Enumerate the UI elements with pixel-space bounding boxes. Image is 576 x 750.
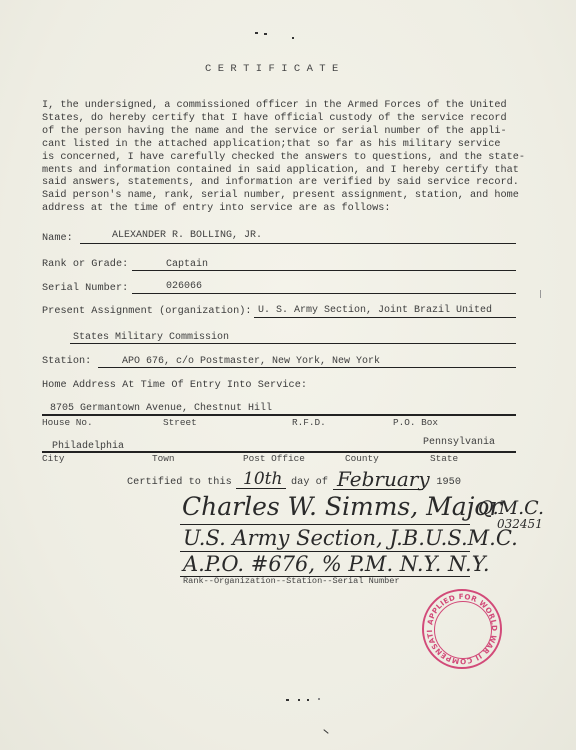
stray-mark (292, 37, 294, 39)
document-title: CERTIFICATE (205, 63, 345, 75)
certification-paragraph: I, the undersigned, a commissioned offic… (42, 100, 542, 216)
stamp-text: APPLIED FOR WORLD WAR II COMPENSATION (422, 589, 499, 666)
stray-mark (298, 699, 300, 701)
stamp-text-icon: APPLIED FOR WORLD WAR II COMPENSATION (422, 589, 502, 669)
signature-caption: Rank--Organization--Station--Serial Numb… (183, 576, 400, 586)
caption-rfd: R.F.D. (292, 417, 326, 428)
caption-house-no: House No. (42, 417, 93, 428)
rank-label: Rank or Grade: (42, 259, 128, 270)
stray-mark (255, 32, 258, 34)
street-address-value: 8705 Germantown Avenue, Chestnut Hill (50, 403, 272, 414)
serial-label: Serial Number: (42, 283, 128, 294)
assignment-value: U. S. Army Section, Joint Brazil United (258, 305, 492, 316)
home-address-label: Home Address At Time Of Entry Into Servi… (42, 380, 307, 391)
paragraph-line: address at the time of entry into servic… (42, 203, 390, 214)
month-underline (333, 489, 423, 490)
certified-month: February (337, 467, 430, 491)
assignment-value-continued: States Military Commission (73, 332, 229, 343)
serial-value: 026066 (166, 281, 202, 292)
signature-name: Charles W. Simms, Major (182, 492, 501, 521)
certified-day-of: day of (291, 477, 328, 488)
address-line1-underline (42, 414, 516, 416)
paragraph-line: said answers, statements, and informatio… (42, 177, 519, 188)
certificate-page: CERTIFICATE I, the undersigned, a commis… (0, 0, 576, 750)
signature-line1-underline (180, 524, 470, 525)
caption-po-box: P.O. Box (393, 417, 438, 428)
stray-mark (264, 33, 267, 35)
stray-mark (318, 698, 320, 700)
paragraph-line: ments and information contained in said … (42, 165, 519, 176)
rank-underline (132, 270, 516, 271)
stray-mark (307, 699, 309, 701)
caption-town: Town (152, 453, 175, 464)
certified-prefix: Certified to this (127, 477, 232, 488)
rank-value: Captain (166, 259, 208, 270)
station-value: APO 676, c/o Postmaster, New York, New Y… (122, 356, 380, 367)
signature-station: A.P.O. #676, % P.M. N.Y. N.Y. (183, 552, 490, 576)
stray-mark (286, 699, 289, 701)
certified-day: 10th (243, 469, 282, 489)
assignment-label: Present Assignment (organization): (42, 306, 252, 317)
station-underline (98, 367, 516, 368)
station-label: Station: (42, 356, 91, 367)
paragraph-line: I, the undersigned, a commissioned offic… (42, 100, 507, 111)
day-underline (236, 488, 286, 489)
paragraph-line: is concerned, I have carefully checked t… (42, 152, 525, 163)
assignment-continued-underline (70, 343, 516, 344)
paragraph-line: States, do hereby certify that I have of… (42, 113, 507, 124)
name-value: ALEXANDER R. BOLLING, JR. (112, 230, 262, 241)
caption-city: City (42, 453, 65, 464)
signature-branch: Q.M.C. (478, 497, 544, 519)
assignment-underline (254, 317, 516, 318)
caption-post-office: Post Office (243, 453, 305, 464)
name-underline (80, 243, 516, 244)
serial-underline (132, 293, 516, 294)
compensation-stamp: APPLIED FOR WORLD WAR II COMPENSATION (422, 589, 502, 669)
certified-year: , 1950 (424, 477, 461, 488)
name-label: Name: (42, 233, 73, 244)
stray-mark (323, 729, 328, 734)
state-value: Pennsylvania (423, 437, 495, 448)
paragraph-line: Said person's name, rank, serial number,… (42, 190, 519, 201)
caption-county: County (345, 453, 379, 464)
svg-text:APPLIED FOR WORLD WAR II COMPE: APPLIED FOR WORLD WAR II COMPENSATION (422, 589, 499, 666)
paragraph-line: cant listed in the attached application;… (42, 139, 501, 150)
caption-street: Street (163, 417, 197, 428)
stray-mark (540, 290, 541, 298)
paragraph-line: of the person having the name and the se… (42, 126, 507, 137)
signature-organization: U.S. Army Section, J.B.U.S.M.C. (183, 526, 518, 550)
caption-state: State (430, 453, 458, 464)
